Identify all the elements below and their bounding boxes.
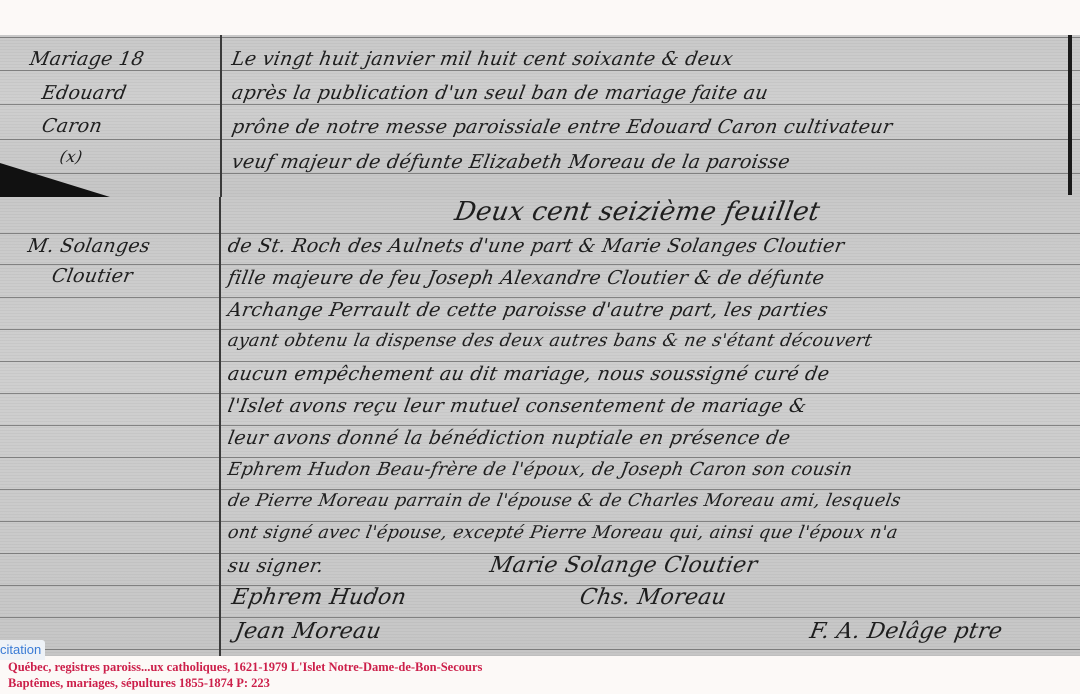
ledger-line — [0, 457, 1080, 458]
ledger-line — [0, 264, 1080, 265]
ledger-line — [0, 489, 1080, 490]
body-line: ayant obtenu la dispense des deux autres… — [226, 331, 873, 351]
citation-line: Québec, registres paroiss...ux catholiqu… — [8, 659, 482, 675]
body-line: ont signé avec l'épouse, excepté Pierre … — [226, 523, 899, 543]
signature-witness: Chs. Moreau — [578, 585, 729, 610]
margin-entry-mark: (x) — [58, 147, 84, 166]
folio-header: Deux cent seizième feuillet — [452, 197, 822, 227]
page-edge — [1068, 35, 1072, 195]
body-line: Ephrem Hudon Beau-frère de l'époux, de J… — [226, 459, 854, 480]
ledger-line — [0, 617, 1080, 618]
ledger-line — [0, 361, 1080, 362]
scan-fragment-bottom: Deux cent seizième feuillet M. Solanges … — [0, 197, 1080, 656]
ledger-line — [0, 173, 1080, 174]
body-line: de Pierre Moreau parrain de l'épouse & d… — [226, 491, 902, 511]
ledger-line — [0, 233, 1080, 234]
signature-bride: Marie Solange Cloutier — [488, 553, 760, 578]
body-line: Archange Perrault de cette paroisse d'au… — [226, 299, 830, 321]
citation-line: Baptêmes, mariages, sépultures 1855-1874… — [8, 675, 482, 691]
body-line: su signer. — [226, 555, 325, 577]
margin-rule — [220, 35, 222, 197]
margin-entry-line: M. Solanges — [26, 235, 152, 257]
citation-tab[interactable]: citation — [0, 640, 45, 660]
ledger-line — [0, 649, 1080, 650]
ledger-line — [0, 329, 1080, 330]
signature-priest: F. A. Delâge ptre — [808, 619, 1005, 644]
ledger-line — [0, 521, 1080, 522]
margin-entry-line: Cloutier — [50, 265, 135, 287]
body-line: prône de notre messe paroissiale entre E… — [230, 116, 894, 138]
signature-witness: Ephrem Hudon — [230, 585, 409, 610]
margin-entry-line: Edouard — [40, 82, 128, 104]
body-line: veuf majeur de défunte Elizabeth Moreau … — [230, 151, 792, 173]
ledger-line — [0, 425, 1080, 426]
page-corner-shadow — [0, 163, 110, 197]
ledger-line — [0, 585, 1080, 586]
body-line: de St. Roch des Aulnets d'une part & Mar… — [226, 235, 846, 257]
ledger-line — [0, 70, 1080, 71]
source-citation: Québec, registres paroiss...ux catholiqu… — [8, 659, 482, 691]
margin-entry-line: Caron — [40, 115, 104, 137]
ledger-line — [0, 139, 1080, 140]
ledger-line — [0, 37, 1080, 38]
body-line: Le vingt huit janvier mil huit cent soix… — [230, 48, 735, 70]
ledger-line — [0, 297, 1080, 298]
ledger-line — [0, 393, 1080, 394]
record-image-viewer[interactable]: Mariage 18 Edouard Caron (x) Le vingt hu… — [0, 0, 1080, 694]
body-line: fille majeure de feu Joseph Alexandre Cl… — [226, 267, 826, 289]
margin-entry-line: Mariage 18 — [28, 48, 146, 70]
body-line: aucun empêchement au dit mariage, nous s… — [226, 363, 831, 385]
body-line: après la publication d'un seul ban de ma… — [230, 82, 770, 104]
ledger-line — [0, 104, 1080, 105]
signature-witness: Jean Moreau — [233, 619, 383, 644]
margin-rule — [219, 197, 221, 656]
body-line: l'Islet avons reçu leur mutuel consentem… — [226, 395, 808, 417]
scan-fragment-top: Mariage 18 Edouard Caron (x) Le vingt hu… — [0, 35, 1080, 197]
body-line: leur avons donné la bénédiction nuptiale… — [226, 427, 792, 449]
